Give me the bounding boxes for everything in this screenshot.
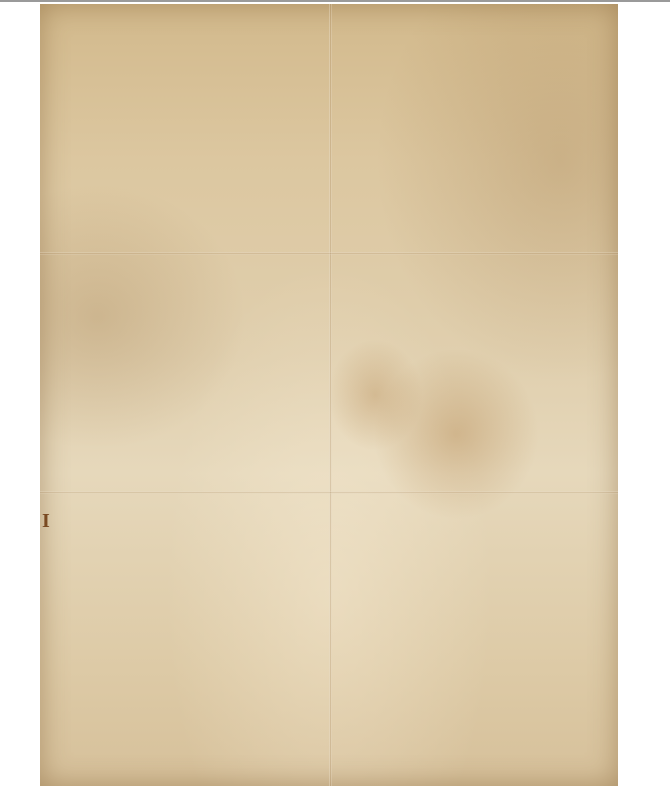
vertical-fold xyxy=(329,4,332,786)
horizontal-fold xyxy=(40,252,618,255)
manuscript-parchment: I xyxy=(40,4,618,786)
top-border xyxy=(0,0,670,2)
horizontal-fold xyxy=(40,491,618,494)
invocation-initial: I xyxy=(42,510,50,533)
